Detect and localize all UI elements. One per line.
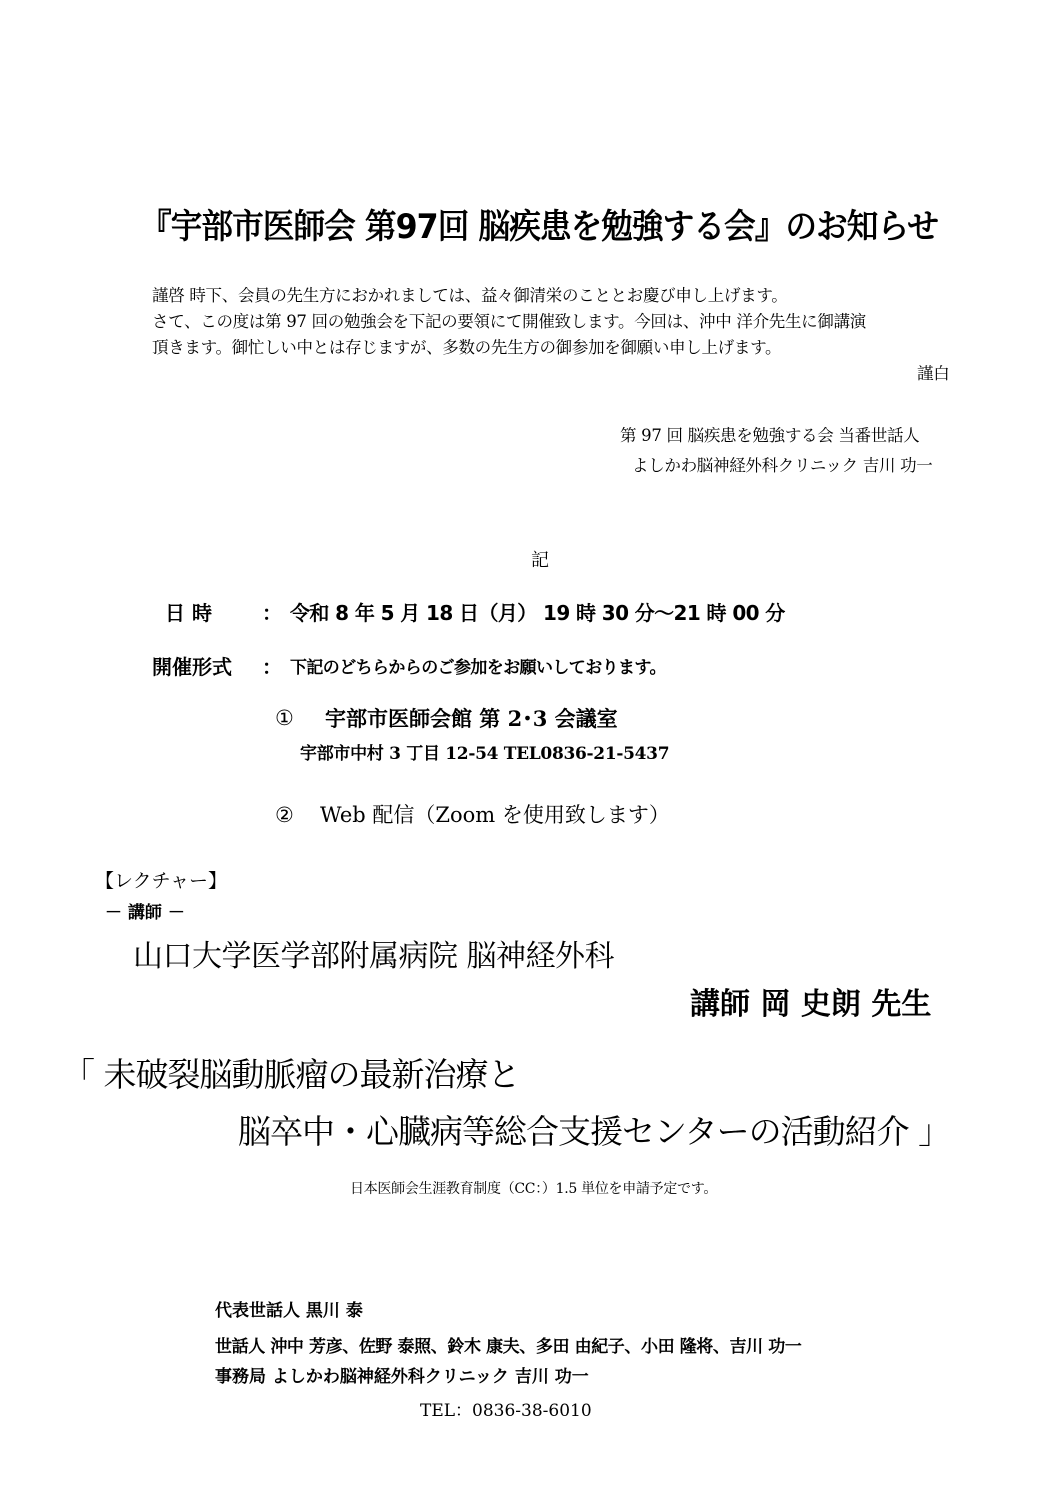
secretariat: 事務局 よしかわ脳神経外科クリニック 吉川 功一 [215, 1369, 589, 1386]
datetime-colon: ： [262, 603, 282, 623]
greeting-line-1: 謹啓 時下、会員の先生方におかれましては、益々御清栄のこととお慶び申し上げます。 [152, 288, 787, 305]
lecture-topic-line-1: 「 未破裂脳動脈瘤の最新治療と [62, 1058, 520, 1091]
format-value: 下記のどちらからのご参加をお願いしております。 [290, 660, 666, 677]
lecture-topic-line-2: 脳卒中・心臓病等総合支援センターの活動紹介 」 [238, 1115, 950, 1148]
organizer-line-1: 第 97 回 脳疾患を勉強する会 当番世話人 [620, 428, 919, 445]
ki-marker: 記 [531, 552, 549, 570]
lecturer-name: 講師 岡 史朗 先生 [690, 990, 931, 1020]
venue-1-number: ① [275, 708, 294, 729]
datetime-value: 令和 8 年 5 月 18 日（月） 19 時 30 分～21 時 00 分 [290, 603, 785, 623]
organizer-line-2: よしかわ脳神経外科クリニック 吉川 功一 [632, 458, 933, 475]
cme-credit-note: 日本医師会生涯教育制度（CC：）1.5 単位を申請予定です。 [350, 1182, 717, 1196]
page-title: 『宇部市医師会 第97回 脳疾患を勉強する会』のお知らせ [140, 210, 938, 244]
greeting-closing: 謹白 [917, 366, 949, 383]
greeting-line-3: 頂きます。御忙しい中とは存じますが、多数の先生方の御参加を御願い申し上げます。 [152, 340, 781, 357]
venue-1-address: 宇部市中村 3 丁目 12-54 TEL0836-21-5437 [300, 746, 669, 763]
lecturer-affiliation: 山口大学医学部附属病院 脳神経外科 [133, 942, 614, 972]
venue-2-number: ② [275, 805, 294, 826]
representative-caretaker: 代表世話人 黒川 泰 [215, 1303, 363, 1320]
lecture-heading: 【レクチャー】 [95, 872, 227, 891]
greeting-line-2: さて、この度は第 97 回の勉強会を下記の要領にて開催致します。今回は、沖中 洋… [152, 314, 866, 331]
secretariat-tel: TEL：0836-38-6010 [420, 1403, 592, 1420]
venue-2-name: Web 配信（Zoom を使用致します） [320, 805, 670, 826]
venue-1-name: 宇部市医師会館 第 2･3 会議室 [325, 708, 618, 729]
datetime-label: 日 時 [165, 603, 212, 623]
format-colon: ： [262, 657, 282, 677]
lecture-subheading: － 講師 － [105, 905, 185, 922]
caretakers-list: 世話人 沖中 芳彦、佐野 泰照、鈴木 康夫、多田 由紀子、小田 隆将、吉川 功一 [215, 1339, 801, 1356]
format-label: 開催形式 [152, 657, 232, 677]
